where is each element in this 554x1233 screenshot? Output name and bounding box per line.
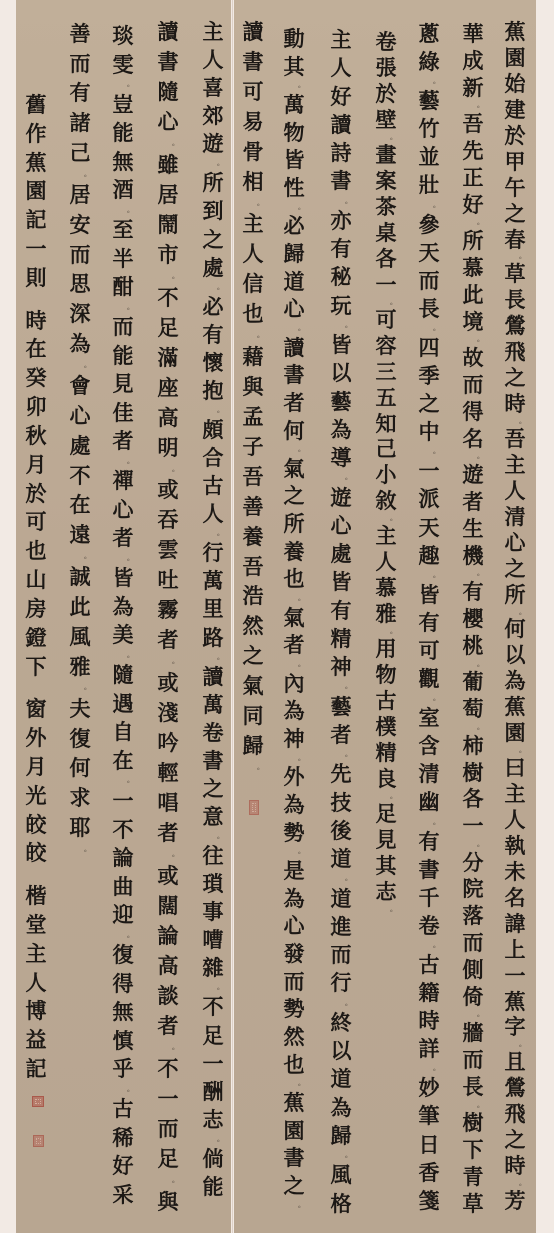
- calligraphy-character: 己: [373, 437, 399, 460]
- calligraphy-character: 書: [240, 50, 266, 73]
- calligraphy-character: 讀: [328, 113, 354, 136]
- punctuation-dot: 。: [390, 134, 397, 140]
- punctuation-dot: 。: [345, 322, 352, 328]
- calligraphy-character: 遠: [67, 523, 93, 546]
- calligraphy-character: 於: [23, 482, 49, 505]
- calligraphy-character: 萬: [200, 693, 226, 716]
- calligraphy-character: 時: [502, 1154, 528, 1177]
- calligraphy-character: 豈: [110, 93, 136, 116]
- calligraphy-character: 皆: [328, 570, 354, 593]
- text-column-left-4: 善而有諸己。居安而思深為。會心處不在遠。誠此風雅。夫復何求耶。: [67, 22, 93, 852]
- calligraphy-character: 能: [200, 1175, 226, 1198]
- calligraphy-character: 長: [416, 297, 442, 320]
- calligraphy-character: 機: [460, 544, 486, 567]
- punctuation-dot: 。: [127, 458, 134, 464]
- calligraphy-character: 事: [200, 900, 226, 923]
- calligraphy-character: 神: [281, 727, 307, 750]
- calligraphy-character: 草: [502, 262, 528, 285]
- calligraphy-character: 見: [373, 828, 399, 851]
- calligraphy-character: 綠: [416, 50, 442, 73]
- punctuation-dot: 。: [390, 628, 397, 634]
- calligraphy-character: 誠: [67, 565, 93, 588]
- calligraphy-character: 精: [328, 627, 354, 650]
- calligraphy-character: 人: [502, 808, 528, 831]
- calligraphy-character: 幽: [416, 790, 442, 813]
- calligraphy-character: 內: [281, 672, 307, 695]
- calligraphy-character: 美: [110, 623, 136, 646]
- calligraphy-character: 故: [460, 346, 486, 369]
- punctuation-dot: 。: [390, 793, 397, 799]
- calligraphy-character: 柿: [460, 734, 486, 757]
- calligraphy-character: 者: [110, 526, 136, 549]
- calligraphy-character: 能: [110, 344, 136, 367]
- calligraphy-character: 時: [502, 392, 528, 415]
- calligraphy-character: 雖: [155, 153, 181, 176]
- calligraphy-character: 善: [240, 495, 266, 518]
- calligraphy-character: 楷: [23, 884, 49, 907]
- calligraphy-character: 導: [328, 446, 354, 469]
- calligraphy-character: 之: [200, 777, 226, 800]
- punctuation-dot: 。: [84, 684, 91, 690]
- calligraphy-character: 鶯: [502, 1076, 528, 1099]
- calligraphy-character: 卯: [23, 395, 49, 418]
- punctuation-dot: 。: [84, 846, 91, 852]
- calligraphy-character: 月: [23, 453, 49, 476]
- calligraphy-character: 知: [373, 412, 399, 435]
- red-seal-stamp: [33, 1135, 44, 1147]
- calligraphy-character: 琰: [110, 24, 136, 47]
- calligraphy-character: 香: [416, 1161, 442, 1184]
- calligraphy-character: 青: [460, 1165, 486, 1188]
- calligraphy-character: 主: [328, 28, 354, 51]
- calligraphy-character: 此: [67, 595, 93, 618]
- calligraphy-character: 郊: [200, 104, 226, 127]
- calligraphy-character: 境: [460, 310, 486, 333]
- punctuation-dot: 。: [390, 515, 397, 521]
- calligraphy-character: 足: [200, 1024, 226, 1047]
- calligraphy-character: 技: [328, 791, 354, 814]
- calligraphy-character: 含: [416, 734, 442, 757]
- calligraphy-character: 有: [67, 81, 93, 104]
- calligraphy-character: 遊: [328, 486, 354, 509]
- calligraphy-character: 主: [240, 212, 266, 235]
- calligraphy-character: 一: [416, 459, 442, 482]
- calligraphy-character: 足: [373, 802, 399, 825]
- calligraphy-character: 卷: [416, 914, 442, 937]
- calligraphy-character: 心: [155, 110, 181, 133]
- calligraphy-character: 蕉: [502, 990, 528, 1013]
- punctuation-dot: 。: [345, 1000, 352, 1006]
- calligraphy-character: 無: [110, 1000, 136, 1023]
- calligraphy-character: 並: [416, 145, 442, 168]
- calligraphy-character: 者: [281, 391, 307, 414]
- calligraphy-character: 古: [200, 474, 226, 497]
- calligraphy-character: 己: [67, 141, 93, 164]
- calligraphy-character: 一: [200, 1052, 226, 1075]
- calligraphy-character: 之: [416, 392, 442, 415]
- calligraphy-character: 天: [416, 516, 442, 539]
- calligraphy-character: 一: [502, 964, 528, 987]
- calligraphy-character: 藉: [240, 345, 266, 368]
- text-column-right-3: 蔥綠。藝竹並壯。參天而長。四季之中。一派天趣。皆有可觀。室含清幽。有書千卷。古籍…: [416, 22, 442, 1212]
- calligraphy-character: 處: [200, 256, 226, 279]
- calligraphy-character: 高: [155, 406, 181, 429]
- calligraphy-character: 孟: [240, 405, 266, 428]
- calligraphy-character: 蕉: [23, 151, 49, 174]
- calligraphy-character: 同: [240, 704, 266, 727]
- calligraphy-character: 室: [416, 706, 442, 729]
- calligraphy-character: 得: [110, 972, 136, 995]
- calligraphy-character: 吾: [240, 555, 266, 578]
- calligraphy-character: 一: [373, 273, 399, 296]
- calligraphy-character: 參: [416, 213, 442, 236]
- calligraphy-character: 心: [67, 404, 93, 427]
- calligraphy-character: 雜: [200, 956, 226, 979]
- calligraphy-character: 藝: [328, 695, 354, 718]
- calligraphy-character: 草: [460, 1192, 486, 1215]
- calligraphy-character: 夫: [67, 697, 93, 720]
- calligraphy-character: 不: [110, 818, 136, 841]
- punctuation-dot: 。: [519, 418, 526, 424]
- punctuation-dot: 。: [477, 1102, 484, 1108]
- calligraphy-character: 桃: [460, 634, 486, 657]
- calligraphy-character: 清: [502, 505, 528, 528]
- calligraphy-character: 心: [281, 914, 307, 937]
- calligraphy-character: 也: [240, 302, 266, 325]
- calligraphy-character: 市: [155, 243, 181, 266]
- calligraphy-character: 神: [328, 655, 354, 678]
- calligraphy-character: 蕉: [502, 20, 528, 43]
- calligraphy-character: 而: [416, 269, 442, 292]
- calligraphy-character: 為: [328, 1096, 354, 1119]
- calligraphy-character: 之: [502, 557, 528, 580]
- calligraphy-character: 月: [23, 755, 49, 778]
- calligraphy-character: 甲: [502, 150, 528, 173]
- calligraphy-character: 午: [502, 176, 528, 199]
- calligraphy-character: 皎: [23, 813, 49, 836]
- calligraphy-character: 人: [240, 242, 266, 265]
- calligraphy-character: 之: [502, 202, 528, 225]
- calligraphy-character: 趣: [416, 544, 442, 567]
- calligraphy-character: 樹: [460, 761, 486, 784]
- calligraphy-character: 吾: [502, 427, 528, 450]
- punctuation-dot: 。: [345, 1152, 352, 1158]
- calligraphy-character: 慕: [460, 256, 486, 279]
- punctuation-dot: 。: [298, 446, 305, 452]
- calligraphy-character: 案: [373, 169, 399, 192]
- calligraphy-character: 於: [502, 124, 528, 147]
- calligraphy-character: 不: [200, 995, 226, 1018]
- punctuation-dot: 。: [477, 661, 484, 667]
- calligraphy-character: 往: [200, 844, 226, 867]
- calligraphy-character: 歸: [240, 734, 266, 757]
- punctuation-dot: 。: [433, 448, 440, 454]
- calligraphy-character: 先: [460, 139, 486, 162]
- calligraphy-character: 新: [460, 76, 486, 99]
- punctuation-dot: 。: [172, 273, 179, 279]
- calligraphy-character: 乎: [110, 1057, 136, 1080]
- calligraphy-character: 藝: [416, 89, 442, 112]
- punctuation-dot: 。: [172, 1177, 179, 1183]
- calligraphy-character: 益: [23, 1028, 49, 1051]
- calligraphy-character: 深: [67, 302, 93, 325]
- punctuation-dot: 。: [217, 284, 224, 290]
- red-seal-stamp: [249, 800, 259, 815]
- punctuation-dot: 。: [172, 851, 179, 857]
- punctuation-dot: 。: [172, 140, 179, 146]
- calligraphy-character: 長: [502, 288, 528, 311]
- calligraphy-character: 吐: [155, 568, 181, 591]
- calligraphy-character: 藝: [328, 390, 354, 413]
- calligraphy-character: 骨: [240, 140, 266, 163]
- calligraphy-character: 而: [67, 52, 93, 75]
- calligraphy-character: 也: [281, 1053, 307, 1076]
- punctuation-dot: 。: [433, 695, 440, 701]
- calligraphy-character: 在: [67, 493, 93, 516]
- calligraphy-character: 氣: [240, 674, 266, 697]
- calligraphy-character: 正: [460, 166, 486, 189]
- calligraphy-character: 慕: [373, 576, 399, 599]
- calligraphy-character: 然: [281, 1025, 307, 1048]
- calligraphy-character: 性: [281, 176, 307, 199]
- calligraphy-character: 主: [502, 782, 528, 805]
- calligraphy-character: 者: [281, 633, 307, 656]
- calligraphy-character: 酬: [200, 1080, 226, 1103]
- calligraphy-character: 或: [155, 864, 181, 887]
- signature-column: 舊作蕉園記一則 時在癸卯秋月於可也山房鐙下 窗外月光皎皎 楷堂主人博益記: [23, 93, 49, 1080]
- calligraphy-character: 有: [416, 611, 442, 634]
- calligraphy-character: 皆: [281, 148, 307, 171]
- punctuation-dot: 。: [433, 819, 440, 825]
- calligraphy-character: 座: [155, 376, 181, 399]
- punctuation-dot: 。: [127, 304, 134, 310]
- calligraphy-character: 畫: [373, 143, 399, 166]
- calligraphy-character: 思: [67, 272, 93, 295]
- calligraphy-character: 風: [328, 1163, 354, 1186]
- calligraphy-character: 子: [240, 435, 266, 458]
- calligraphy-character: 皆: [110, 566, 136, 589]
- calligraphy-character: 心: [502, 531, 528, 554]
- calligraphy-character: 倘: [200, 1147, 226, 1170]
- calligraphy-character: 下: [460, 1138, 486, 1161]
- calligraphy-character: 輕: [155, 761, 181, 784]
- punctuation-dot: 。: [345, 683, 352, 689]
- calligraphy-character: 先: [328, 762, 354, 785]
- calligraphy-character: 亦: [328, 209, 354, 232]
- calligraphy-character: 桌: [373, 221, 399, 244]
- punctuation-dot: 。: [84, 171, 91, 177]
- calligraphy-character: 秘: [328, 265, 354, 288]
- calligraphy-character: 有: [328, 237, 354, 260]
- calligraphy-character: 之: [200, 228, 226, 251]
- calligraphy-character: 上: [502, 938, 528, 961]
- calligraphy-character: 舊: [23, 93, 49, 116]
- calligraphy-character: 敘: [373, 489, 399, 512]
- punctuation-dot: 。: [127, 207, 134, 213]
- calligraphy-character: 樸: [373, 715, 399, 738]
- calligraphy-character: 而: [328, 943, 354, 966]
- calligraphy-character: 千: [416, 886, 442, 909]
- calligraphy-character: 蔥: [416, 22, 442, 45]
- calligraphy-character: 壯: [416, 173, 442, 196]
- calligraphy-character: 作: [23, 122, 49, 145]
- punctuation-dot: 。: [345, 198, 352, 204]
- punctuation-dot: 。: [84, 553, 91, 559]
- calligraphy-character: 必: [281, 214, 307, 237]
- text-column-left-1: 主人喜郊遊。所到之處。必有懷抱。頗合古人。行萬里路。讀萬卷書之意。往瑣事嘈雜。不…: [200, 20, 226, 1198]
- calligraphy-character: 竹: [416, 117, 442, 140]
- calligraphy-character: 頗: [200, 418, 226, 441]
- calligraphy-character: 歸: [281, 242, 307, 265]
- text-column-right-2: 華成新。吾先正好。所慕此境。故而得名。遊者生機。有櫻桃。葡萄。柿樹各一。分院落而…: [460, 22, 486, 1215]
- calligraphy-character: 是: [281, 859, 307, 882]
- calligraphy-character: 者: [155, 628, 181, 651]
- calligraphy-character: 心: [110, 498, 136, 521]
- calligraphy-character: 鬧: [155, 213, 181, 236]
- calligraphy-character: 時: [23, 309, 49, 332]
- calligraphy-character: 皎: [23, 841, 49, 864]
- calligraphy-character: 慎: [110, 1029, 136, 1052]
- punctuation-dot: 。: [519, 1180, 526, 1186]
- calligraphy-character: 鶯: [502, 314, 528, 337]
- calligraphy-character: 古: [416, 953, 442, 976]
- calligraphy-character: 會: [67, 374, 93, 397]
- calligraphy-character: 吾: [460, 112, 486, 135]
- punctuation-dot: 。: [519, 747, 526, 753]
- calligraphy-character: 之: [502, 366, 528, 389]
- calligraphy-character: 何: [502, 617, 528, 640]
- calligraphy-character: 可: [373, 308, 399, 331]
- punctuation-dot: 。: [433, 202, 440, 208]
- calligraphy-character: 足: [155, 316, 181, 339]
- calligraphy-character: 詳: [416, 1037, 442, 1060]
- calligraphy-character: 之: [281, 484, 307, 507]
- calligraphy-character: 牆: [460, 1021, 486, 1044]
- punctuation-dot: 。: [127, 1086, 134, 1092]
- text-column-right-6: 動其。萬物皆性。必歸道心。讀書者何。氣之所養也。氣者。內為神。外為勢。是為心發而…: [281, 27, 307, 1208]
- calligraphy-character: 道: [328, 1067, 354, 1090]
- punctuation-dot: 。: [345, 474, 352, 480]
- calligraphy-character: 記: [23, 208, 49, 231]
- calligraphy-character: 古: [110, 1097, 136, 1120]
- calligraphy-character: 隨: [155, 80, 181, 103]
- calligraphy-character: 於: [373, 82, 399, 105]
- calligraphy-character: 行: [200, 541, 226, 564]
- calligraphy-character: 以: [502, 643, 528, 666]
- punctuation-dot: 。: [298, 204, 305, 210]
- calligraphy-character: 志: [373, 880, 399, 903]
- calligraphy-character: 所: [281, 512, 307, 535]
- calligraphy-character: 倚: [460, 985, 486, 1008]
- calligraphy-character: 卷: [373, 30, 399, 53]
- calligraphy-character: 詩: [328, 141, 354, 164]
- calligraphy-character: 堂: [23, 913, 49, 936]
- calligraphy-character: 園: [23, 179, 49, 202]
- calligraphy-character: 為: [281, 887, 307, 910]
- calligraphy-character: 人: [23, 971, 49, 994]
- calligraphy-character: 好: [460, 193, 486, 216]
- calligraphy-character: 蕉: [281, 1091, 307, 1114]
- calligraphy-character: 復: [110, 943, 136, 966]
- calligraphy-character: 為: [281, 793, 307, 816]
- punctuation-dot: 。: [390, 299, 397, 305]
- calligraphy-character: 一: [23, 237, 49, 260]
- calligraphy-character: 其: [373, 854, 399, 877]
- calligraphy-character: 禪: [110, 469, 136, 492]
- calligraphy-character: 而: [281, 970, 307, 993]
- calligraphy-character: 易: [240, 110, 266, 133]
- calligraphy-character: 窗: [23, 697, 49, 720]
- calligraphy-character: 玩: [328, 294, 354, 317]
- calligraphy-character: 者: [328, 723, 354, 746]
- calligraphy-character: 求: [67, 786, 93, 809]
- calligraphy-character: 樹: [460, 1111, 486, 1134]
- calligraphy-character: 書: [416, 858, 442, 881]
- calligraphy-character: 道: [328, 847, 354, 870]
- calligraphy-character: 抱: [200, 379, 226, 402]
- calligraphy-character: 主: [23, 942, 49, 965]
- calligraphy-character: 所: [200, 171, 226, 194]
- calligraphy-character: 必: [200, 295, 226, 318]
- calligraphy-character: 闊: [155, 894, 181, 917]
- calligraphy-character: 行: [328, 971, 354, 994]
- calligraphy-character: 高: [155, 954, 181, 977]
- calligraphy-character: 而: [460, 931, 486, 954]
- calligraphy-character: 芳: [502, 1189, 528, 1212]
- text-column-right-1: 蕉園始建於甲午之春。草長鶯飛之時。吾主人清心之所。何以為蕉園。曰主人執未名諱上一…: [502, 20, 528, 1212]
- punctuation-dot: 。: [217, 984, 224, 990]
- calligraphy-character: 飛: [502, 1102, 528, 1125]
- calligraphy-character: 為: [67, 332, 93, 355]
- calligraphy-character: 也: [23, 539, 49, 562]
- calligraphy-character: 能: [110, 121, 136, 144]
- calligraphy-character: 建: [502, 98, 528, 121]
- calligraphy-character: 為: [502, 669, 528, 692]
- calligraphy-character: 一: [110, 789, 136, 812]
- calligraphy-character: 無: [110, 150, 136, 173]
- punctuation-dot: 。: [127, 652, 134, 658]
- calligraphy-character: 勢: [281, 821, 307, 844]
- calligraphy-character: 養: [240, 525, 266, 548]
- calligraphy-character: 房: [23, 597, 49, 620]
- calligraphy-character: 天: [416, 241, 442, 264]
- calligraphy-character: 氣: [281, 606, 307, 629]
- calligraphy-character: 名: [502, 886, 528, 909]
- calligraphy-character: 有: [200, 323, 226, 346]
- calligraphy-character: 論: [110, 846, 136, 869]
- calligraphy-character: 物: [281, 121, 307, 144]
- calligraphy-character: 可: [416, 639, 442, 662]
- punctuation-dot: 。: [477, 453, 484, 459]
- calligraphy-character: 酣: [110, 275, 136, 298]
- calligraphy-character: 清: [416, 762, 442, 785]
- calligraphy-character: 箋: [416, 1189, 442, 1212]
- calligraphy-character: 吟: [155, 731, 181, 754]
- calligraphy-character: 籍: [416, 981, 442, 1004]
- calligraphy-character: 好: [110, 1154, 136, 1177]
- calligraphy-character: 迎: [110, 903, 136, 926]
- calligraphy-character: 執: [502, 834, 528, 857]
- calligraphy-character: 有: [460, 580, 486, 603]
- calligraphy-character: 耶: [67, 816, 93, 839]
- calligraphy-character: 鐙: [23, 626, 49, 649]
- punctuation-dot: 。: [298, 325, 305, 331]
- calligraphy-character: 善: [67, 22, 93, 45]
- calligraphy-character: 各: [373, 247, 399, 270]
- calligraphy-character: 半: [110, 247, 136, 270]
- punctuation-dot: 。: [345, 751, 352, 757]
- punctuation-dot: 。: [172, 658, 179, 664]
